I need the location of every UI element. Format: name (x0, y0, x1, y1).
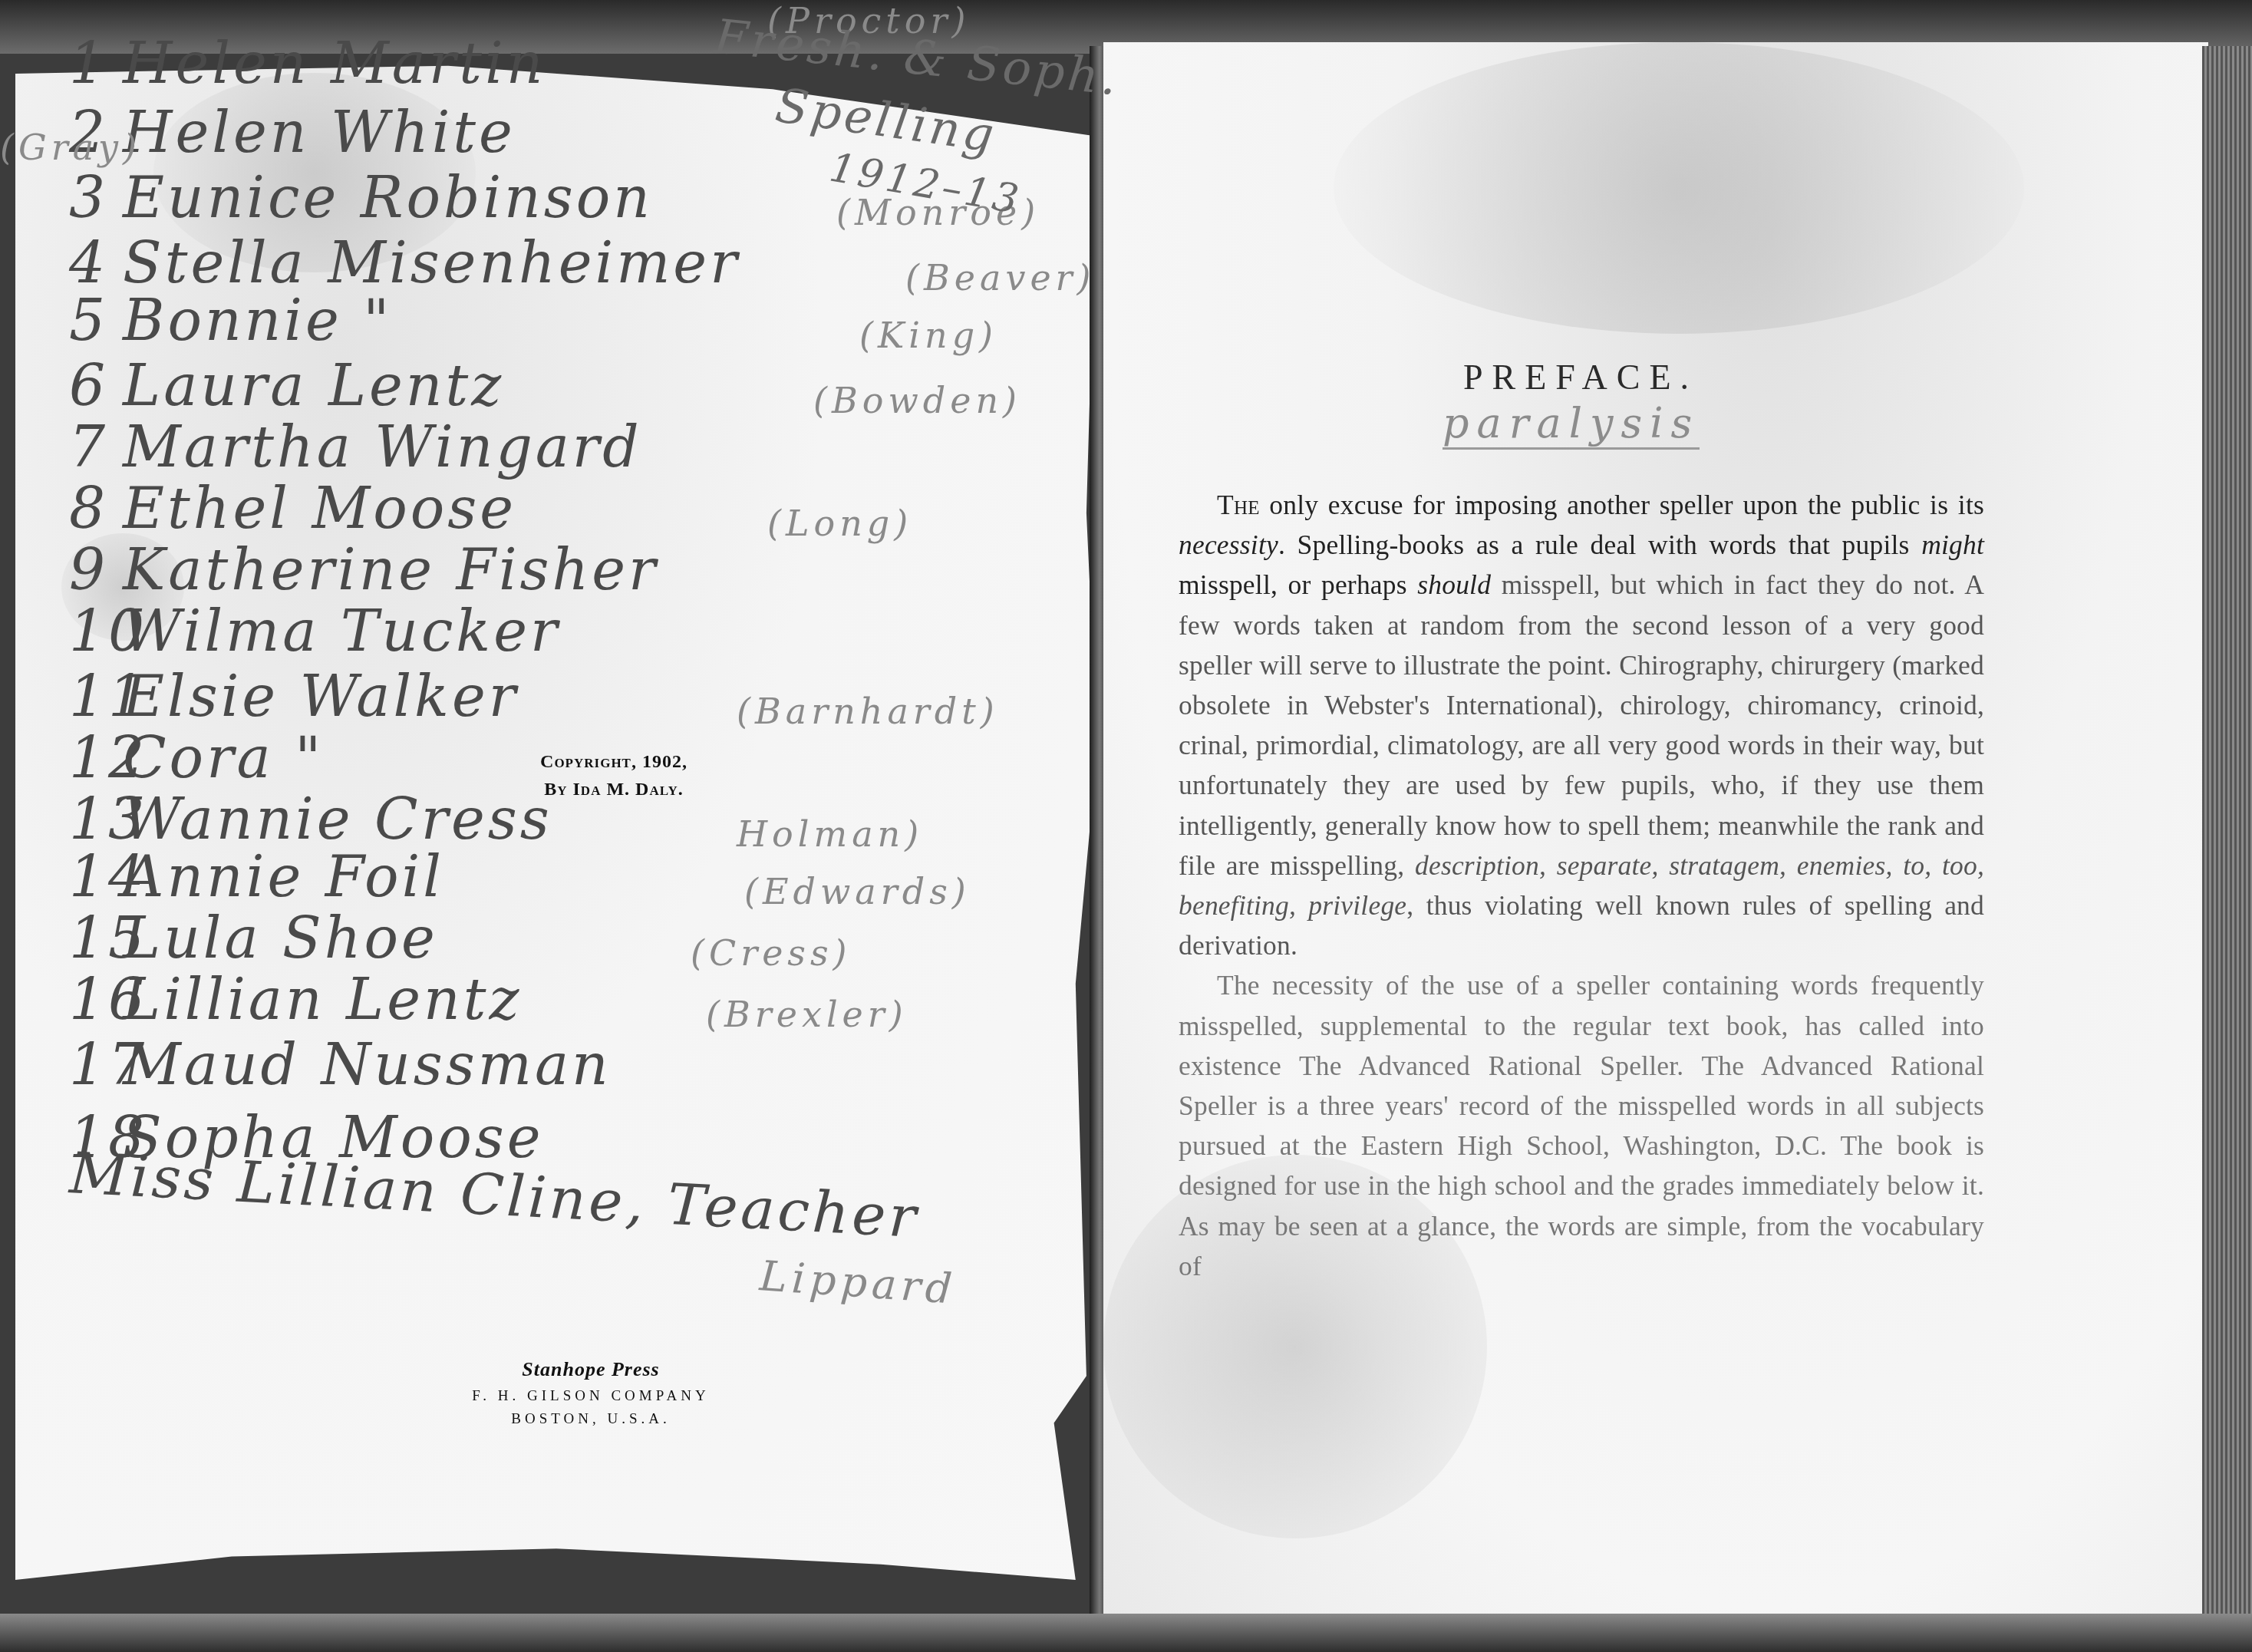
roster-married-name: (Beaver) (905, 257, 1096, 298)
roster-married-name: (King) (859, 315, 997, 356)
roster-number: 12 (69, 725, 123, 791)
text-run: only excuse for imposing another speller… (1260, 490, 1984, 520)
roster-entry: 4Stella Misenheimer (69, 230, 740, 296)
roster-entry: 6Laura Lentz (69, 353, 504, 419)
roster-married-name: (Edwards) (744, 871, 971, 912)
preface-paragraph-1: The only excuse for imposing another spe… (1179, 485, 1984, 965)
roster-number: 4 (69, 230, 123, 296)
roster-entry: 17Maud Nussman (69, 1032, 612, 1098)
roster-name: Stella Misenheimer (123, 230, 740, 296)
roster-name: Martha Wingard (123, 414, 642, 480)
roster-name: Eunice Robinson (123, 165, 653, 231)
roster-name: Laura Lentz (123, 353, 504, 419)
italic-run: might (1921, 529, 1984, 560)
imprint-press: Stanhope Press (430, 1354, 752, 1385)
roster-name: Bonnie " (123, 288, 392, 354)
water-stain (1334, 42, 2024, 334)
copyright-line: Copyright, 1902, (483, 748, 744, 776)
roster-name: Maud Nussman (123, 1032, 612, 1098)
roster-entry: 7Martha Wingard (69, 414, 642, 480)
roster-name: Cora " (123, 725, 324, 791)
roster-name: Ethel Moose (123, 476, 516, 542)
italic-run: should (1417, 569, 1491, 600)
roster-number: 16 (69, 967, 123, 1033)
roster-married-name: (Cress) (691, 932, 852, 974)
roster-number: 1 (69, 31, 123, 97)
roster-name: Helen White (123, 100, 516, 166)
text-run: misspell, but which in fact they do not.… (1179, 569, 1984, 880)
roster-entry: 5Bonnie " (69, 288, 392, 354)
roster-number: 10 (69, 598, 123, 664)
roster-name: Helen Martin (123, 31, 546, 97)
roster-married-name: (Barnhardt) (737, 691, 999, 732)
roster-number: 8 (69, 476, 123, 542)
copyright-notice: Copyright, 1902, By Ida M. Daly. (483, 748, 744, 803)
roster-married-name: Holman) (737, 813, 923, 855)
roster-entry: 16Lillian Lentz (69, 967, 522, 1033)
scanner-bottom-edge (0, 1614, 2252, 1652)
preface-paragraph-2: The necessity of the use of a speller co… (1179, 965, 1984, 1286)
copyright-author: By Ida M. Daly. (483, 776, 744, 803)
roster-name: Katherine Fisher (123, 537, 658, 603)
roster-entry: 14Annie Foil (69, 844, 444, 910)
roster-married-name: (Gray) (0, 127, 141, 168)
imprint-city: BOSTON, U.S.A. (430, 1408, 752, 1431)
roster-number: 14 (69, 844, 123, 910)
preface-title: PREFACE. (1381, 357, 1780, 397)
text-run: . Spelling-books as a rule deal with wor… (1278, 529, 1921, 560)
roster-number: 7 (69, 414, 123, 480)
roster-entry: 15Lula Shoe (69, 905, 438, 971)
roster-number: 15 (69, 905, 123, 971)
roster-entry: 10Wilma Tucker (69, 598, 560, 664)
roster-entry: 3Eunice Robinson (69, 165, 653, 231)
roster-married-name: (Bowden) (813, 380, 1021, 421)
roster-number: 17 (69, 1032, 123, 1098)
printer-imprint: Stanhope Press F. H. GILSON COMPANY BOST… (430, 1354, 752, 1431)
roster-number: 6 (69, 353, 123, 419)
annotation-text: paralysis (1443, 399, 1700, 450)
roster-number: 3 (69, 165, 123, 231)
roster-name: Elsie Walker (123, 664, 519, 730)
roster-entry: 8Ethel Moose (69, 476, 516, 542)
roster-number: 9 (69, 537, 123, 603)
imprint-company: F. H. GILSON COMPANY (430, 1385, 752, 1408)
roster-name: Lula Shoe (123, 905, 438, 971)
roster-married-name: (Brexler) (706, 994, 908, 1035)
roster-name: Annie Foil (123, 844, 444, 910)
preface-body: The only excuse for imposing another spe… (1179, 485, 1984, 1286)
handwritten-annotation: paralysis (1443, 399, 1700, 447)
roster-entry: 1Helen Martin (69, 31, 546, 97)
roster-number: 11 (69, 664, 123, 730)
roster-entry: 12Cora " (69, 725, 324, 791)
book-page-edges (2202, 46, 2252, 1627)
roster-entry: 9Katherine Fisher (69, 537, 658, 603)
roster-entry: 13Wannie Cress (69, 786, 552, 852)
roster-number: 13 (69, 786, 123, 852)
lead-word: The (1217, 490, 1260, 520)
roster-married-name: (Long) (767, 503, 912, 544)
text-run: misspell, or perhaps (1179, 569, 1417, 600)
roster-number: 5 (69, 288, 123, 354)
roster-name: Lillian Lentz (123, 967, 522, 1033)
italic-run: necessity (1179, 529, 1278, 560)
roster-entry: 11Elsie Walker (69, 664, 519, 730)
roster-name: Wilma Tucker (123, 598, 560, 664)
